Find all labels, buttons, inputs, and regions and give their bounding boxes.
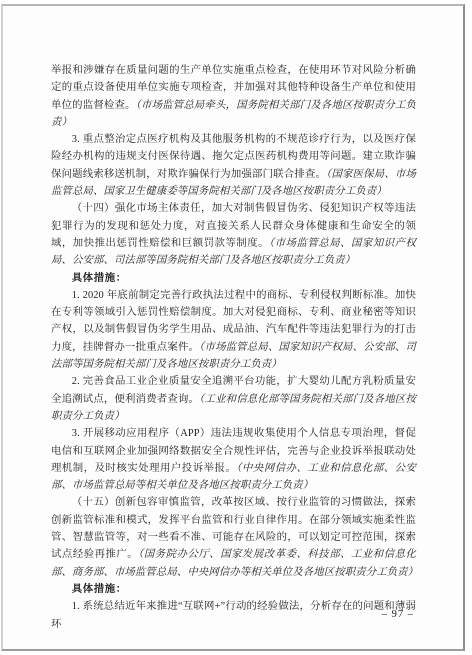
scanned-document: 举报和涉嫌存在质量问题的生产单位实施重点检查，在使用环节对风险分析确定的重点设备… bbox=[0, 0, 472, 655]
heading-text: 具体措施： bbox=[72, 584, 127, 595]
section-heading: 具体措施： bbox=[51, 581, 416, 598]
page-body: 举报和涉嫌存在质量问题的生产单位实施重点检查，在使用环节对风险分析确定的重点设备… bbox=[51, 62, 416, 633]
paragraph: 3. 开展移动应用程序（APP）违法违规收集使用个人信息专项治理，督促电信和互联… bbox=[51, 425, 416, 494]
heading-text: 具体措施： bbox=[72, 273, 127, 284]
paragraph: 1. 2020 年底前制定完善行政执法过程中的商标、专利侵权判断标准。加快在专利… bbox=[51, 287, 416, 373]
section-heading: 具体措施： bbox=[51, 270, 416, 287]
paragraph: 3. 重点整治定点医疗机构及其他服务机构的不规范诊疗行为，以及医疗保险经办机构的… bbox=[51, 131, 416, 200]
paragraph: 2. 完善食品工业企业质量安全追溯平台功能，扩大婴幼儿配方乳粉质量安全追溯试点，… bbox=[51, 373, 416, 425]
paragraph: 举报和涉嫌存在质量问题的生产单位实施重点检查，在使用环节对风险分析确定的重点设备… bbox=[51, 62, 416, 131]
paragraph: （十五）创新包容审慎监管，改革按区域、按行业监管的习惯做法，探索创新监管标准和模… bbox=[51, 494, 416, 580]
paragraph: （十四）强化市场主体责任，加大对制售假冒伪劣、侵犯知识产权等违法犯罪行为的发现和… bbox=[51, 200, 416, 269]
page-number: – 97 – bbox=[51, 609, 414, 620]
